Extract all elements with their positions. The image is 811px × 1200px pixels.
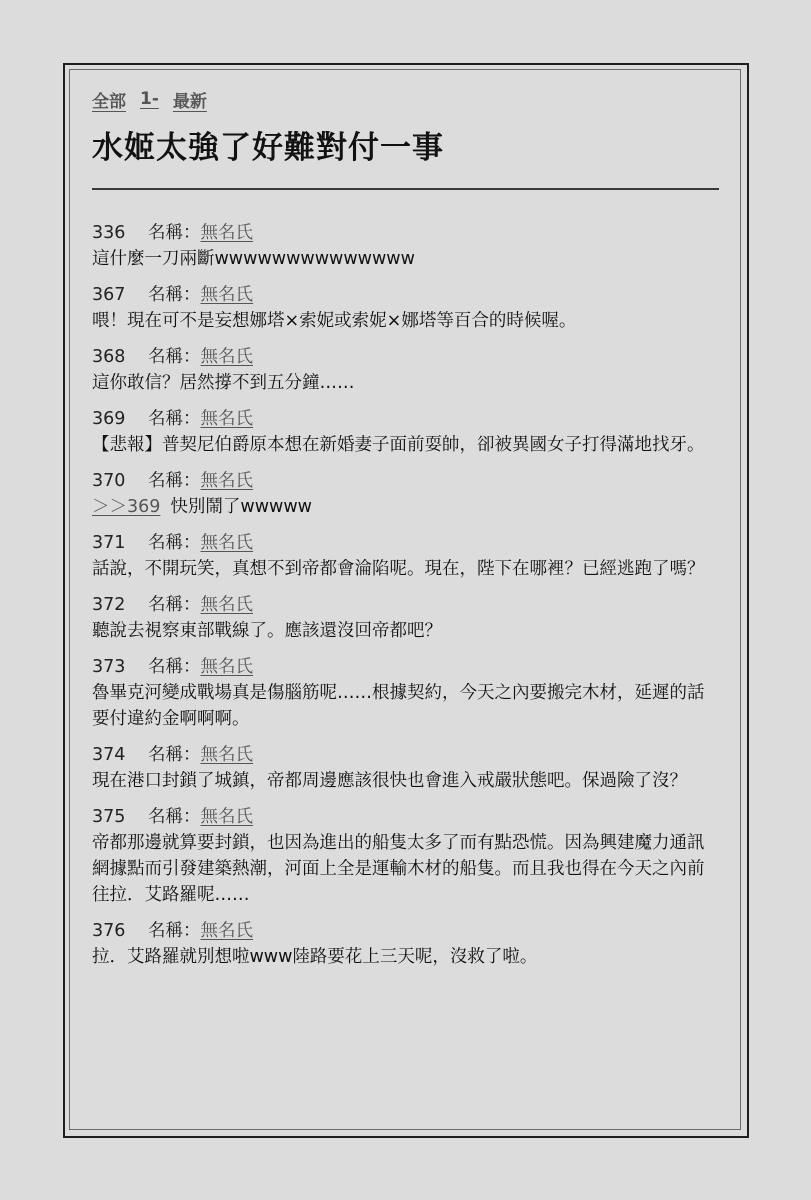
post-name-label: 名稱：	[148, 530, 201, 556]
post-header: 368 名稱： 無名氏	[92, 344, 719, 370]
post-number[interactable]: 371	[92, 530, 148, 556]
post-name-label: 名稱：	[148, 918, 201, 944]
post: 374 名稱： 無名氏 現在港口封鎖了城鎮，帝都周邊應該很快也會進入戒嚴狀態吧。…	[92, 742, 719, 794]
post-header: 373 名稱： 無名氏	[92, 654, 719, 680]
post-header: 372 名稱： 無名氏	[92, 592, 719, 618]
post-author-link[interactable]: 無名氏	[201, 530, 254, 556]
post-author-link[interactable]: 無名氏	[201, 592, 254, 618]
post-body: 拉．艾路羅就別想啦www陸路要花上三天呢，沒救了啦。	[92, 944, 719, 970]
post: 372 名稱： 無名氏 聽說去視察東部戰線了。應該還沒回帝都吧？	[92, 592, 719, 644]
post-header: 370 名稱： 無名氏	[92, 468, 719, 494]
post-body: 帝都那邊就算要封鎖，也因為進出的船隻太多了而有點恐慌。因為興建魔力通訊網據點而引…	[92, 830, 719, 908]
post-header: 336 名稱： 無名氏	[92, 220, 719, 246]
post: 373 名稱： 無名氏 魯畢克河變成戰場真是傷腦筋呢……根據契約，今天之內要搬完…	[92, 654, 719, 732]
post-name-label: 名稱：	[148, 282, 201, 308]
post-author-link[interactable]: 無名氏	[201, 804, 254, 830]
post: 369 名稱： 無名氏 【悲報】普契尼伯爵原本想在新婚妻子面前耍帥，卻被異國女子…	[92, 406, 719, 458]
post-header: 369 名稱： 無名氏	[92, 406, 719, 432]
nav-all-link[interactable]: 全部	[92, 87, 126, 112]
post-author-link[interactable]: 無名氏	[201, 344, 254, 370]
post-body: 【悲報】普契尼伯爵原本想在新婚妻子面前耍帥，卻被異國女子打得滿地找牙。	[92, 432, 719, 458]
post-author-link[interactable]: 無名氏	[201, 468, 254, 494]
post-number[interactable]: 374	[92, 742, 148, 768]
post-body: 話說，不開玩笑，真想不到帝都會淪陷呢。現在，陛下在哪裡？已經逃跑了嗎？	[92, 556, 719, 582]
post-name-label: 名稱：	[148, 220, 201, 246]
post-header: 374 名稱： 無名氏	[92, 742, 719, 768]
post-header: 375 名稱： 無名氏	[92, 804, 719, 830]
post-name-label: 名稱：	[148, 654, 201, 680]
post-header: 367 名稱： 無名氏	[92, 282, 719, 308]
thread-page: 全部 1- 最新 水姬太強了好難對付一事 336 名稱： 無名氏 這什麼一刀兩斷…	[92, 84, 719, 980]
nav-first-link[interactable]: 1-	[140, 89, 159, 109]
post-name-label: 名稱：	[148, 406, 201, 432]
post-name-label: 名稱：	[148, 468, 201, 494]
post-body: 魯畢克河變成戰場真是傷腦筋呢……根據契約，今天之內要搬完木材，延遲的話要付違約金…	[92, 680, 719, 732]
post-number[interactable]: 373	[92, 654, 148, 680]
post-author-link[interactable]: 無名氏	[201, 220, 254, 246]
post-author-link[interactable]: 無名氏	[201, 742, 254, 768]
post-number[interactable]: 336	[92, 220, 148, 246]
post-name-label: 名稱：	[148, 804, 201, 830]
post-body: 這什麼一刀兩斷wwwwwwwwwwwwww	[92, 246, 719, 272]
post-author-link[interactable]: 無名氏	[201, 282, 254, 308]
post-body: 現在港口封鎖了城鎮，帝都周邊應該很快也會進入戒嚴狀態吧。保過險了沒？	[92, 768, 719, 794]
post-number[interactable]: 367	[92, 282, 148, 308]
post-body: 聽說去視察東部戰線了。應該還沒回帝都吧？	[92, 618, 719, 644]
post-name-label: 名稱：	[148, 742, 201, 768]
post-number[interactable]: 369	[92, 406, 148, 432]
title-divider	[92, 188, 719, 190]
post-body: 喂！現在可不是妄想娜塔×索妮或索妮×娜塔等百合的時候喔。	[92, 308, 719, 334]
nav-latest-link[interactable]: 最新	[173, 87, 207, 112]
post: 376 名稱： 無名氏 拉．艾路羅就別想啦www陸路要花上三天呢，沒救了啦。	[92, 918, 719, 970]
post-list: 336 名稱： 無名氏 這什麼一刀兩斷wwwwwwwwwwwwww 367 名稱…	[92, 220, 719, 970]
post-number[interactable]: 368	[92, 344, 148, 370]
post-number[interactable]: 370	[92, 468, 148, 494]
post-header: 371 名稱： 無名氏	[92, 530, 719, 556]
post-author-link[interactable]: 無名氏	[201, 918, 254, 944]
post-number[interactable]: 375	[92, 804, 148, 830]
post: 368 名稱： 無名氏 這你敢信？居然撐不到五分鐘……	[92, 344, 719, 396]
post: 371 名稱： 無名氏 話說，不開玩笑，真想不到帝都會淪陷呢。現在，陛下在哪裡？…	[92, 530, 719, 582]
post: 375 名稱： 無名氏 帝都那邊就算要封鎖，也因為進出的船隻太多了而有點恐慌。因…	[92, 804, 719, 908]
post-name-label: 名稱：	[148, 592, 201, 618]
thread-title: 水姬太強了好難對付一事	[92, 128, 719, 168]
post-body: ＞＞369快別鬧了wwwww	[92, 494, 719, 520]
post: 336 名稱： 無名氏 這什麼一刀兩斷wwwwwwwwwwwwww	[92, 220, 719, 272]
reply-anchor-link[interactable]: ＞＞369	[92, 497, 160, 517]
post-body: 這你敢信？居然撐不到五分鐘……	[92, 370, 719, 396]
post-author-link[interactable]: 無名氏	[201, 654, 254, 680]
post: 370 名稱： 無名氏 ＞＞369快別鬧了wwwww	[92, 468, 719, 520]
post-author-link[interactable]: 無名氏	[201, 406, 254, 432]
post-header: 376 名稱： 無名氏	[92, 918, 719, 944]
thread-nav: 全部 1- 最新	[92, 84, 719, 114]
post-number[interactable]: 376	[92, 918, 148, 944]
post: 367 名稱： 無名氏 喂！現在可不是妄想娜塔×索妮或索妮×娜塔等百合的時候喔。	[92, 282, 719, 334]
post-body-text: 快別鬧了wwwww	[170, 497, 312, 517]
post-name-label: 名稱：	[148, 344, 201, 370]
post-number[interactable]: 372	[92, 592, 148, 618]
